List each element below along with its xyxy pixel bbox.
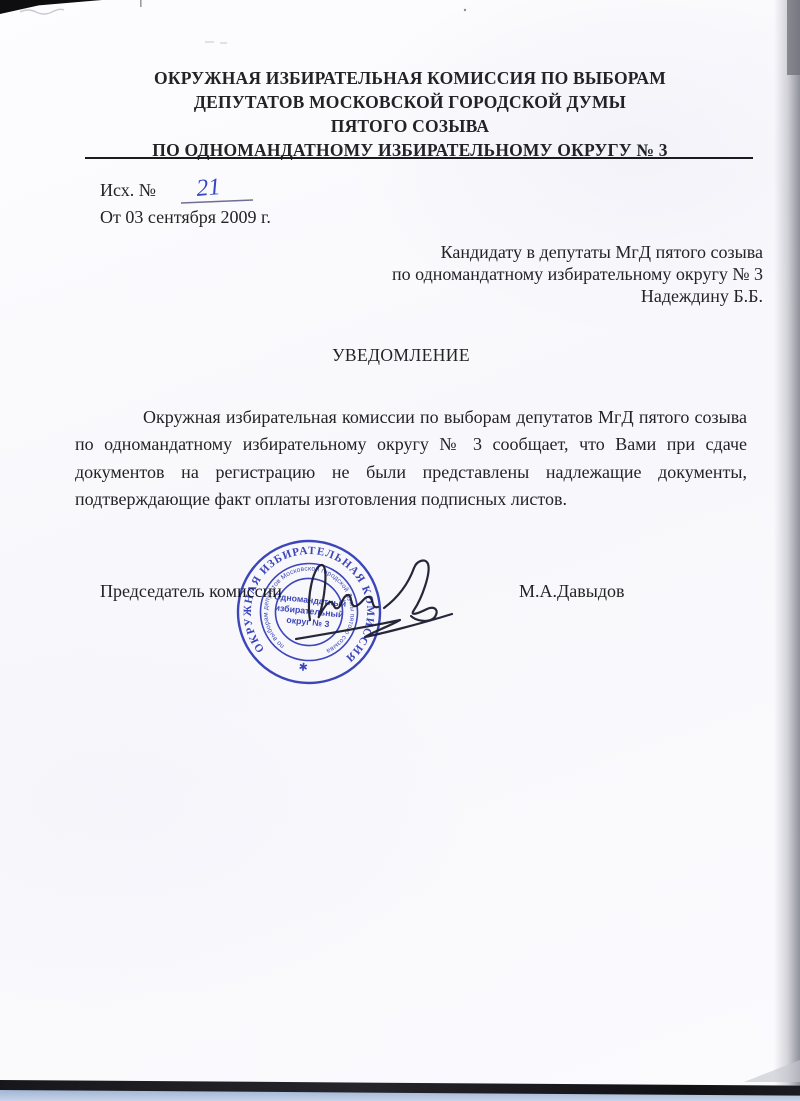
- recipient-line-3: Надеждину Б.Б.: [300, 285, 763, 307]
- handwritten-ref-number: 21: [175, 166, 265, 210]
- pencil-smudge: [20, 9, 64, 14]
- signature-stroke-left: [309, 565, 378, 620]
- letterhead: ОКРУЖНАЯ ИЗБИРАТЕЛЬНАЯ КОМИССИЯ ПО ВЫБОР…: [65, 66, 755, 162]
- letterhead-divider: [85, 157, 753, 159]
- date-line: От 03 сентября 2009 г.: [100, 207, 271, 228]
- body-paragraph: Окружная избирательная комиссии по выбор…: [75, 404, 747, 513]
- document-title: УВЕДОМЛЕНИЕ: [61, 345, 741, 366]
- scan-edge-right-top: [787, 0, 800, 75]
- scan-edge-right: [774, 0, 800, 1101]
- dust-speck: [464, 9, 466, 11]
- pencil-dash: [205, 42, 227, 43]
- signature-stroke-right: [384, 561, 437, 621]
- scan-corner-shadow: [744, 1060, 800, 1082]
- signer-name: М.А.Давыдов: [519, 581, 625, 602]
- letterhead-line-2: ДЕПУТАТОВ МОСКОВСКОЙ ГОРОДСКОЙ ДУМЫ: [65, 90, 755, 114]
- recipient-line-1: Кандидату в депутаты МгД пятого созыва: [300, 241, 763, 263]
- stamp-star-icon: ✱: [298, 661, 308, 674]
- edge-tick: [140, 0, 142, 7]
- letterhead-line-3: ПЯТОГО СОЗЫВА: [65, 114, 755, 138]
- signature-handwriting: [288, 552, 463, 652]
- ref-number-label: Исх. №: [100, 180, 156, 201]
- ref-number-value: 21: [195, 174, 221, 202]
- ref-number-underline: [181, 200, 253, 203]
- scan-smudges: [0, 0, 800, 60]
- letterhead-line-1: ОКРУЖНАЯ ИЗБИРАТЕЛЬНАЯ КОМИССИЯ ПО ВЫБОР…: [65, 66, 755, 90]
- scanned-letter-page: ОКРУЖНАЯ ИЗБИРАТЕЛЬНАЯ КОМИССИЯ ПО ВЫБОР…: [0, 0, 800, 1101]
- recipient-line-2: по одномандатному избирательному округу …: [300, 263, 763, 285]
- recipient-block: Кандидату в депутаты МгД пятого созыва п…: [300, 241, 763, 307]
